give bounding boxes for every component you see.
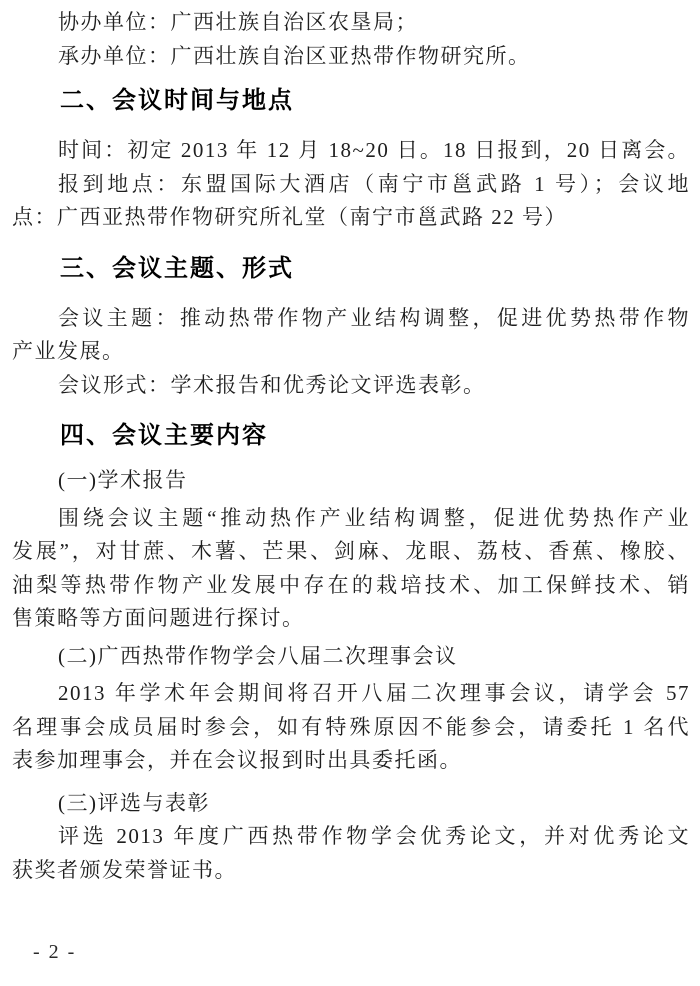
text-line-awards-1: 评选 2013 年度广西热带作物学会优秀论文，并对优秀论文 — [12, 820, 690, 854]
co-organizer-line: 协办单位：广西壮族自治区农垦局； — [12, 6, 690, 40]
text-line-theme-1: 会议主题：推动热带作物产业结构调整，促进优势热带作物 — [12, 302, 690, 336]
page-number: - 2 - — [33, 941, 76, 964]
subsection-label-council-meeting: (二)广西热带作物学会八届二次理事会议 — [12, 640, 690, 674]
text-line-report-1: 围绕会议主题“推动热作产业结构调整，促进优势热作产业 — [12, 502, 690, 536]
text-line-awards-2: 获奖者颁发荣誉证书。 — [12, 854, 690, 888]
document-page: 协办单位：广西壮族自治区农垦局； 承办单位：广西壮族自治区亚热带作物研究所。 二… — [0, 0, 700, 986]
text-line-council-1: 2013 年学术年会期间将召开八届二次理事会议，请学会 57 — [12, 677, 690, 711]
section-heading-time-place: 二、会议时间与地点 — [12, 83, 690, 119]
section-heading-main-content: 四、会议主要内容 — [12, 418, 690, 454]
text-line-report-2: 发展”，对甘蔗、木薯、芒果、剑麻、龙眼、荔枝、香蕉、橡胶、 — [12, 535, 690, 569]
text-line-report-4: 售策略等方面问题进行探讨。 — [12, 602, 690, 636]
section-heading-theme-format: 三、会议主题、形式 — [12, 251, 690, 287]
text-line-checkin-place-1: 报到地点：东盟国际大酒店（南宁市邕武路 1 号）；会议地 — [12, 168, 690, 202]
subsection-label-academic-report: (一)学术报告 — [12, 464, 690, 498]
text-line-checkin-place-2: 点：广西亚热带作物研究所礼堂（南宁市邕武路 22 号） — [12, 201, 690, 235]
undertaker-line: 承办单位：广西壮族自治区亚热带作物研究所。 — [12, 40, 690, 74]
text-line-time: 时间：初定 2013 年 12 月 18~20 日。18 日报到，20 日离会。 — [12, 134, 690, 168]
text-line-council-3: 表参加理事会，并在会议报到时出具委托函。 — [12, 744, 690, 778]
text-line-council-2: 名理事会成员届时参会，如有特殊原因不能参会，请委托 1 名代 — [12, 711, 690, 745]
text-line-format: 会议形式：学术报告和优秀论文评选表彰。 — [12, 369, 690, 403]
text-line-report-3: 油梨等热带作物产业发展中存在的栽培技术、加工保鲜技术、销 — [12, 569, 690, 603]
subsection-label-awards: (三)评选与表彰 — [12, 787, 690, 821]
text-line-theme-2: 产业发展。 — [12, 335, 690, 369]
